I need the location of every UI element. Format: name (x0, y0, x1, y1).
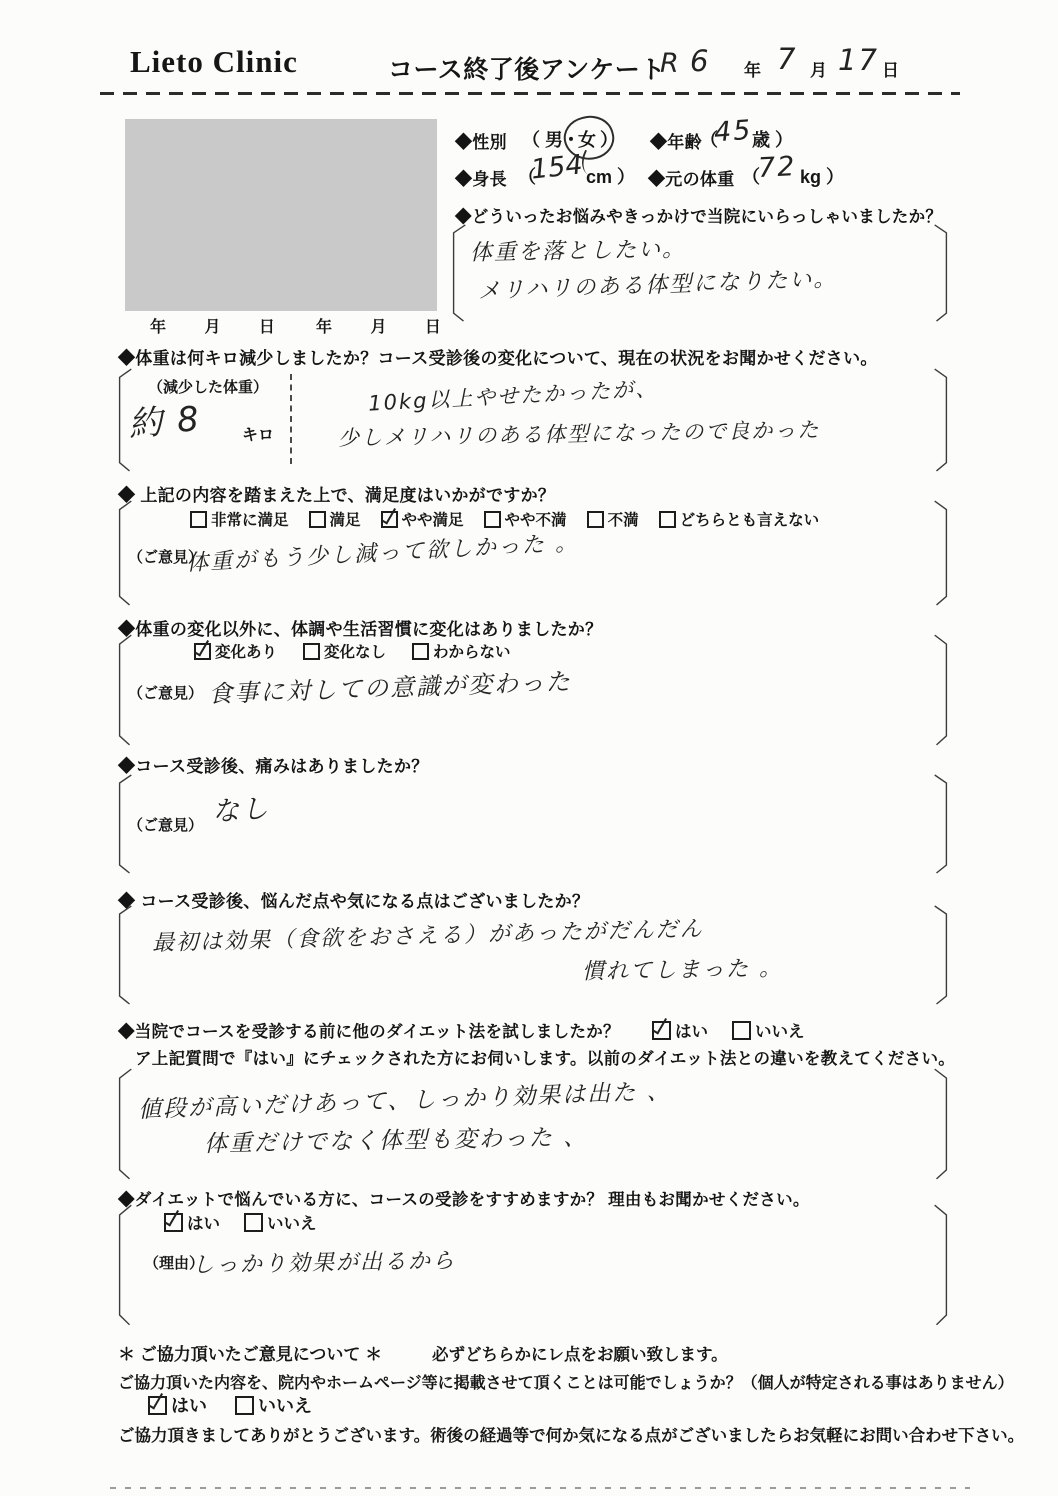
footer-options: はい いいえ (148, 1392, 312, 1418)
option-label: わからない (433, 640, 511, 662)
answer-bracket-left (450, 224, 468, 322)
sex-paren-close: ） (600, 126, 618, 152)
question-previous-diet: ◆当院でコースを受診する前に他のダイエット法を試しましたか？ (118, 1018, 620, 1042)
checkbox[interactable] (164, 1213, 183, 1232)
option-label: 不満 (608, 508, 639, 530)
answer-bracket-right (932, 1068, 950, 1180)
checkbox[interactable] (309, 511, 326, 528)
previous-diet-options: はい いいえ (652, 1018, 805, 1042)
checkbox[interactable] (381, 511, 398, 528)
checkbox[interactable] (412, 643, 429, 660)
checkbox[interactable] (194, 643, 211, 660)
height-unit: cm ） (586, 163, 635, 189)
form-title: コース終了後アンケート (388, 50, 666, 86)
option-label: 満足 (330, 508, 361, 530)
date-day-handwritten: 17 (838, 43, 879, 77)
checkbox[interactable] (235, 1396, 254, 1415)
footer-publish-question: ご協力頂いた内容を、院内やホームページ等に掲載させて頂くことは可能でしょうか？（… (118, 1370, 1014, 1393)
sex-label: ◆性別 (455, 128, 507, 153)
answer-bracket-right (932, 500, 950, 606)
loss-weight-value-handwritten: 約 8 (126, 391, 202, 446)
checkbox[interactable] (484, 511, 501, 528)
checkbox[interactable] (652, 1021, 671, 1040)
answer-bracket-right (932, 634, 950, 746)
opinion-label: （ご意見） (128, 814, 203, 835)
date-era-handwritten: R (660, 48, 681, 79)
option-neither[interactable]: どちらとも言えない (659, 508, 820, 530)
header-divider (100, 92, 960, 95)
motivation-answer-line1: 体重を落としたい。 (470, 232, 687, 267)
option-unknown[interactable]: わからない (412, 640, 511, 662)
option-somewhat-satisfied[interactable]: やや満足 (381, 508, 464, 530)
footer-title: ＊ ご協力頂いたご意見について ＊ (118, 1340, 382, 1365)
answer-bracket-right (932, 1204, 950, 1326)
answer-bracket-right (932, 224, 950, 322)
option-label: いいえ (755, 1018, 805, 1042)
answer-box-concerns: 最初は効果（食欲をおさえる）があったがだんだん 慣れてしまった 。 (116, 905, 950, 1005)
day-label: 日 (882, 56, 899, 81)
survey-scan-page: Lieto Clinic コース終了後アンケート R 6 年 7 月 17 日 … (0, 0, 1058, 1496)
checkbox[interactable] (659, 511, 676, 528)
checkbox[interactable] (732, 1021, 751, 1040)
clinic-logo-text: Lieto Clinic (130, 44, 298, 80)
option-yes[interactable]: はい (652, 1018, 708, 1042)
option-label: はい (187, 1210, 220, 1234)
weight-loss-comment-line2: 少しメリハリのある体型になったので良かった (338, 414, 821, 452)
answer-box-recommend: はい いいえ （理由） しっかり効果が出るから (116, 1204, 950, 1326)
option-dissatisfied[interactable]: 不満 (587, 508, 639, 530)
checkbox[interactable] (148, 1396, 167, 1415)
photo-date-labels-right: 年 月 日 (316, 314, 447, 337)
opinion-label: （ご意見） (128, 682, 203, 703)
option-yes[interactable]: はい (148, 1392, 207, 1418)
previous-diet-subquestion: ア上記質問で『はい』にチェックされた方にお伺いします。以前のダイエット法との違い… (135, 1045, 955, 1069)
answer-bracket-right (932, 774, 950, 874)
option-label: いいえ (267, 1210, 317, 1234)
redacted-photo-area (125, 119, 437, 311)
date-month-handwritten: 7 (777, 42, 797, 76)
option-label: 変化なし (324, 640, 386, 662)
recommend-options: はい いいえ (164, 1210, 317, 1234)
checkbox[interactable] (190, 511, 207, 528)
age-label: ◆年齢 (650, 128, 702, 153)
option-label: 非常に満足 (211, 508, 289, 530)
loss-weight-unit: キロ (242, 422, 274, 445)
option-label: やや満足 (402, 508, 464, 530)
height-value-handwritten: 154 (530, 149, 585, 185)
lifestyle-comment: 食事に対しての意識が変わった (208, 662, 573, 710)
date-year-handwritten: 6 (690, 44, 710, 78)
option-label: 変化あり (215, 640, 277, 662)
footer-divider (110, 1487, 970, 1489)
answer-box-weight-loss: （減少した体重） 約 8 キロ 10kg以上やせたかったが、 少しメリハリのある… (116, 368, 950, 472)
footer-thanks: ご協力頂きましてありがとうございます。術後の経過等で何か気になる点がございました… (118, 1422, 1024, 1446)
motivation-answer-line2: メリハリのある体型になりたい。 (478, 262, 838, 306)
checkbox[interactable] (244, 1213, 263, 1232)
age-value-handwritten: 45 (713, 115, 753, 149)
age-unit: 歳 ） (752, 126, 793, 152)
weight-loss-comment-line1: 10kg以上やせたかったが、 (367, 372, 658, 417)
previous-diet-line1: 値段が高いだけあって、しっかり効果は出た 、 (138, 1073, 672, 1125)
checkbox[interactable] (303, 643, 320, 660)
pain-comment: なし (211, 786, 272, 829)
photo-date-labels-left: 年 月 日 (150, 314, 281, 337)
satisfaction-options: 非常に満足 満足 やや満足 やや不満 不満 どちらとも言えない (190, 508, 819, 530)
original-weight-label: ◆元の体重 (648, 165, 735, 190)
checkbox[interactable] (587, 511, 604, 528)
answer-bracket-left (116, 1068, 134, 1180)
satisfaction-comment: 体重がもう少し減って欲しかった 。 (185, 526, 579, 578)
option-satisfied[interactable]: 満足 (309, 508, 361, 530)
footer-instruction: 必ずどちらかにレ点をお願い致します。 (432, 1341, 728, 1365)
recommend-comment: しっかり効果が出るから (192, 1244, 457, 1280)
month-label: 月 (810, 56, 827, 81)
answer-box-motivation: 体重を落としたい。 メリハリのある体型になりたい。 (450, 224, 950, 322)
option-no[interactable]: いいえ (235, 1392, 312, 1418)
answer-bracket-right (932, 905, 950, 1005)
option-yes[interactable]: はい (164, 1210, 220, 1234)
sex-paren-open: （ 男 (522, 126, 563, 152)
height-label: ◆身長 (455, 165, 507, 190)
option-label: はい (171, 1392, 207, 1418)
answer-box-previous-diet: 値段が高いだけあって、しっかり効果は出た 、 体重だけでなく体型も変わった 、 (116, 1068, 950, 1180)
answer-box-lifestyle: 変化あり 変化なし わからない （ご意見） 食事に対しての意識が変わった (116, 634, 950, 746)
answer-bracket-left (116, 1204, 134, 1326)
year-label: 年 (744, 56, 761, 81)
option-label: どちらとも言えない (680, 508, 820, 530)
option-very-satisfied[interactable]: 非常に満足 (190, 508, 289, 530)
sex-female-option[interactable]: 女 (578, 126, 596, 152)
weight-unit: kg ） (800, 163, 844, 189)
answer-bracket-left (116, 905, 134, 1005)
option-label: はい (675, 1018, 708, 1042)
previous-diet-line2: 体重だけでなく体型も変わった 、 (204, 1119, 589, 1159)
concerns-line1: 最初は効果（食欲をおさえる）があったがだんだん (152, 912, 704, 957)
question-weight-loss: ◆体重は何キロ減少しましたか？コース受診後の変化について、現在の状況をお聞かせく… (118, 344, 878, 369)
lifestyle-options: 変化あり 変化なし わからない (194, 640, 511, 662)
option-changed[interactable]: 変化あり (194, 640, 277, 662)
option-no[interactable]: いいえ (244, 1210, 317, 1234)
concerns-line2: 慣れてしまった 。 (582, 951, 784, 986)
weight-value-handwritten: 72 (757, 151, 797, 184)
answer-box-satisfaction: 非常に満足 満足 やや満足 やや不満 不満 どちらとも言えない （ご意見） 体重… (116, 500, 950, 606)
option-label: いいえ (258, 1392, 312, 1418)
answer-box-pain: （ご意見） なし (116, 774, 950, 874)
answer-divider (290, 374, 292, 464)
option-no-change[interactable]: 変化なし (303, 640, 386, 662)
option-no[interactable]: いいえ (732, 1018, 805, 1042)
answer-bracket-right (932, 368, 950, 472)
